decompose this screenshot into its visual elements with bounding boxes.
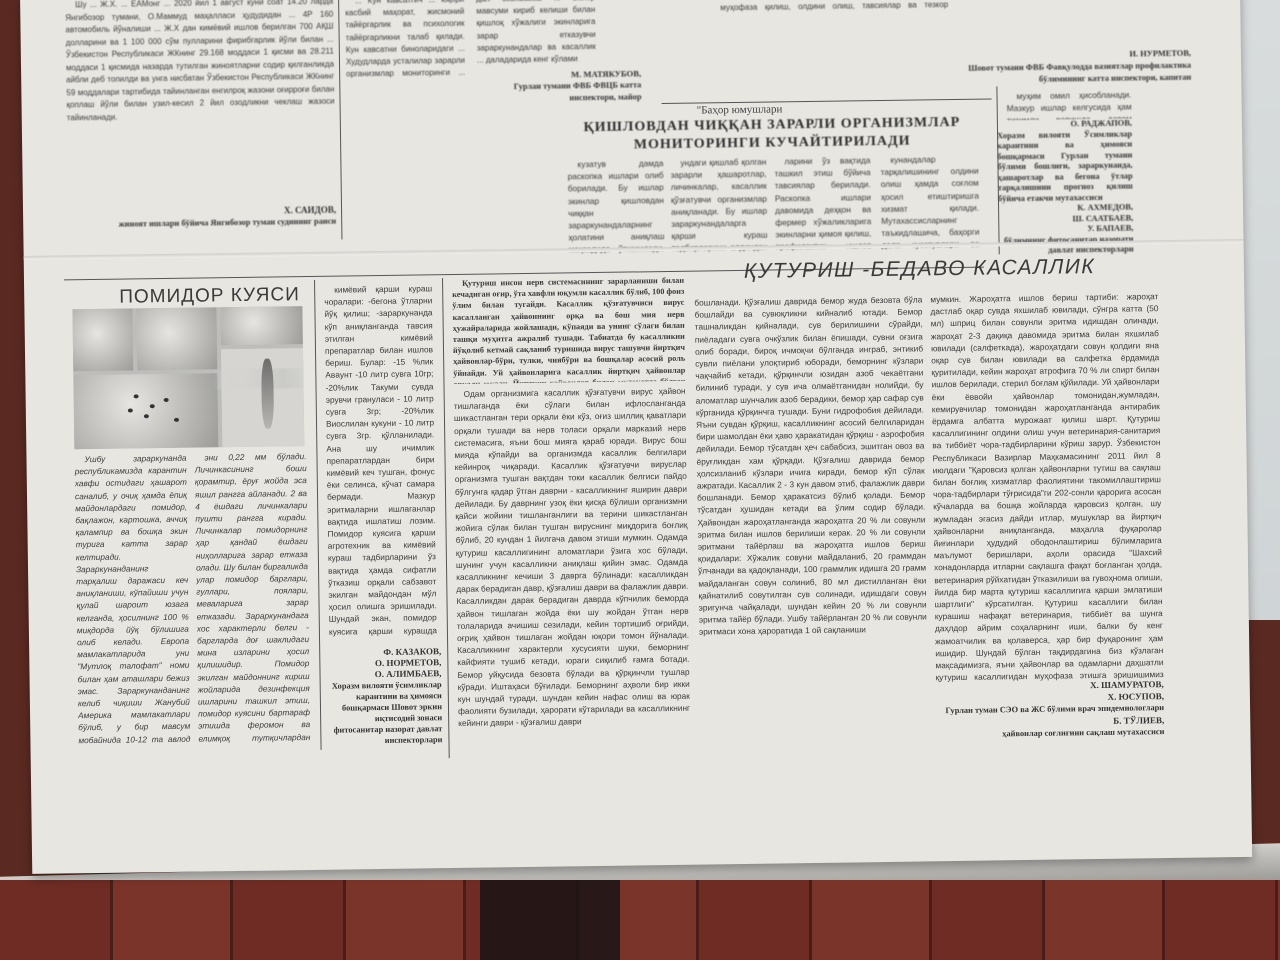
signature-role: Хоразм вилояти Ўсимликлар карантини ва ҳ…	[997, 129, 1133, 204]
tomato-column-3: кимёвий қарши кураш чоралари: -бегона ўт…	[324, 282, 437, 638]
tomato-signature-block: Ф. КАЗАКОВ, О. НОРМЕТОВ, О. АЛИМБАЕВ, Хо…	[329, 646, 442, 747]
rabies-column-2: бошланади. Қўзғалиш даврида бемор жуда б…	[694, 293, 928, 751]
tomato-column-1: Ушбу зараркунанда республикамизда карант…	[74, 452, 190, 746]
rabies-column-1: Одам организмига касаллик қўзғатувчи вир…	[454, 385, 691, 768]
wooden-floor	[0, 880, 1280, 960]
photo-panel	[136, 307, 217, 370]
rabies-column-3: мумкин. Жароҳатга ишлов бериш тартиби: ж…	[930, 290, 1163, 683]
photo-panel	[72, 308, 133, 371]
article-lead-text: Қутуриш инсон нерв системасининг зарарла…	[452, 275, 685, 384]
top-middle-signature-block: М. МАТЯКУБОВ, Гурлан тумани ФВБ ФВЦБ кат…	[491, 67, 641, 105]
tomato-column-2: эни 0,22 мм бўлади. Личинкасининг боши қ…	[194, 450, 310, 744]
horizontal-rule	[662, 98, 992, 104]
article-text: кузатув дамда раскопка ишлари олиб борил…	[567, 157, 664, 256]
feature-column-4: кунандалар тарқалишининг олдини олиш ҳам…	[880, 153, 979, 252]
article-kicker: "Баҳор юмушлари	[697, 103, 783, 116]
article-text: ундаги қишлаб қолган зарарли ҳашаротлар,…	[670, 156, 767, 255]
article-text: мумкин. Жароҳатга ишлов бериш тартиби: ж…	[930, 290, 1163, 683]
feature-signature-block: О. РАДЖАПОВ, Хоразм вилояти Ўсимликлар к…	[997, 118, 1134, 256]
newspaper-page: Шу ... Ж.Х. ... ЕАМонг ... 2020 йил 1 ав…	[20, 0, 1252, 874]
floor-shadow	[480, 880, 620, 960]
moth-wing	[213, 368, 304, 389]
top-left-article: Шу ... Ж.Х. ... ЕАМонг ... 2020 йил 1 ав…	[65, 0, 336, 205]
rabies-lead: Қутуриш инсон нерв системасининг зарарла…	[452, 275, 685, 384]
signature-role: Хоразм вилояти ўсимликлар карантини ва ҳ…	[330, 679, 443, 747]
article-text: эни 0,22 мм бўлади. Личинкасининг боши қ…	[194, 450, 310, 744]
article-text: кунандалар тарқалишининг олдини олиш ҳам…	[880, 153, 979, 252]
feature-column-2: ундаги қишлаб қолган зарарли ҳашаротлар,…	[670, 156, 767, 255]
signature-role: ҳайвонлар соғлиғини сақлаш мутахассиси	[936, 726, 1164, 741]
feature-column-3: ларини ўз вақтида ташкил этиш бўйича тав…	[774, 154, 871, 253]
moth-body	[261, 359, 274, 429]
article-text: Шу ... Ж.Х. ... ЕАМонг ... 2020 йил 1 ав…	[65, 0, 335, 124]
signature-role: жиноят ишлари бўйича Янгибозор туман суд…	[68, 216, 336, 232]
article-text: Одам организмига касаллик қўзғатувчи вир…	[454, 385, 691, 730]
feature-column-1: кузатув дамда раскопка ишлари олиб борил…	[567, 157, 664, 256]
article-text: муҳим омил ҳисобланади. Мазкур ишлар кел…	[1006, 88, 1131, 120]
photo-panel	[220, 306, 303, 345]
rabies-signature-block: Х. ШАМУРАТОВ, Х. ЮСУПОВ, Гурлан туман СЭ…	[936, 678, 1165, 741]
top-left-signature-block: Х. САИДОВ, жиноят ишлари бўйича Янгибозо…	[68, 204, 336, 232]
article-text: Ушбу зараркунанда республикамизда карант…	[74, 452, 190, 746]
top-right-article: ... Куча ва кийим ажратилади ... Кучли х…	[720, 0, 1191, 50]
article-text: ... Куча ва кийим ажратилади ... Кучли х…	[720, 0, 1190, 15]
top-right-signature-block: И. НУРМЕТОВ, Шовот тумани ФВБ Фавқулодда…	[921, 48, 1191, 88]
rabies-article-title: ҚУТУРИШ -БЕДАВО КАСАЛЛИК	[744, 255, 1096, 284]
photo-scene: Шу ... Ж.Х. ... ЕАМонг ... 2020 йил 1 ав…	[0, 0, 1280, 960]
article-text: ларини ўз вақтида ташкил этиш бўйича тав…	[774, 154, 871, 253]
column-rule	[442, 278, 450, 758]
article-text: бошланади. Қўзғалиш даврида бемор жуда б…	[694, 293, 927, 638]
signature-role: Шовот тумани ФВБ Фавқулодда вазиятлар пр…	[921, 60, 1191, 88]
tomato-leafminer-photo-collage	[72, 306, 304, 449]
feature-headline-line2: МОНИТОРИНГИ КУЧАЙТИРИЛАДИ	[582, 133, 962, 154]
signature-role: Гурлан тумани ФВБ ФВЦБ катта инспектори,…	[491, 79, 641, 105]
photo-panel-fruit	[73, 373, 218, 449]
column-rule	[338, 0, 342, 240]
column-rule	[314, 280, 322, 750]
feature-right-column: муҳим омил ҳисобланади. Мазкур ишлар кел…	[1006, 88, 1131, 120]
article-text: кимёвий қарши кураш чоралари: -бегона ўт…	[324, 282, 437, 638]
tomato-article-title: ПОМИДОР КУЯСИ	[119, 284, 300, 309]
